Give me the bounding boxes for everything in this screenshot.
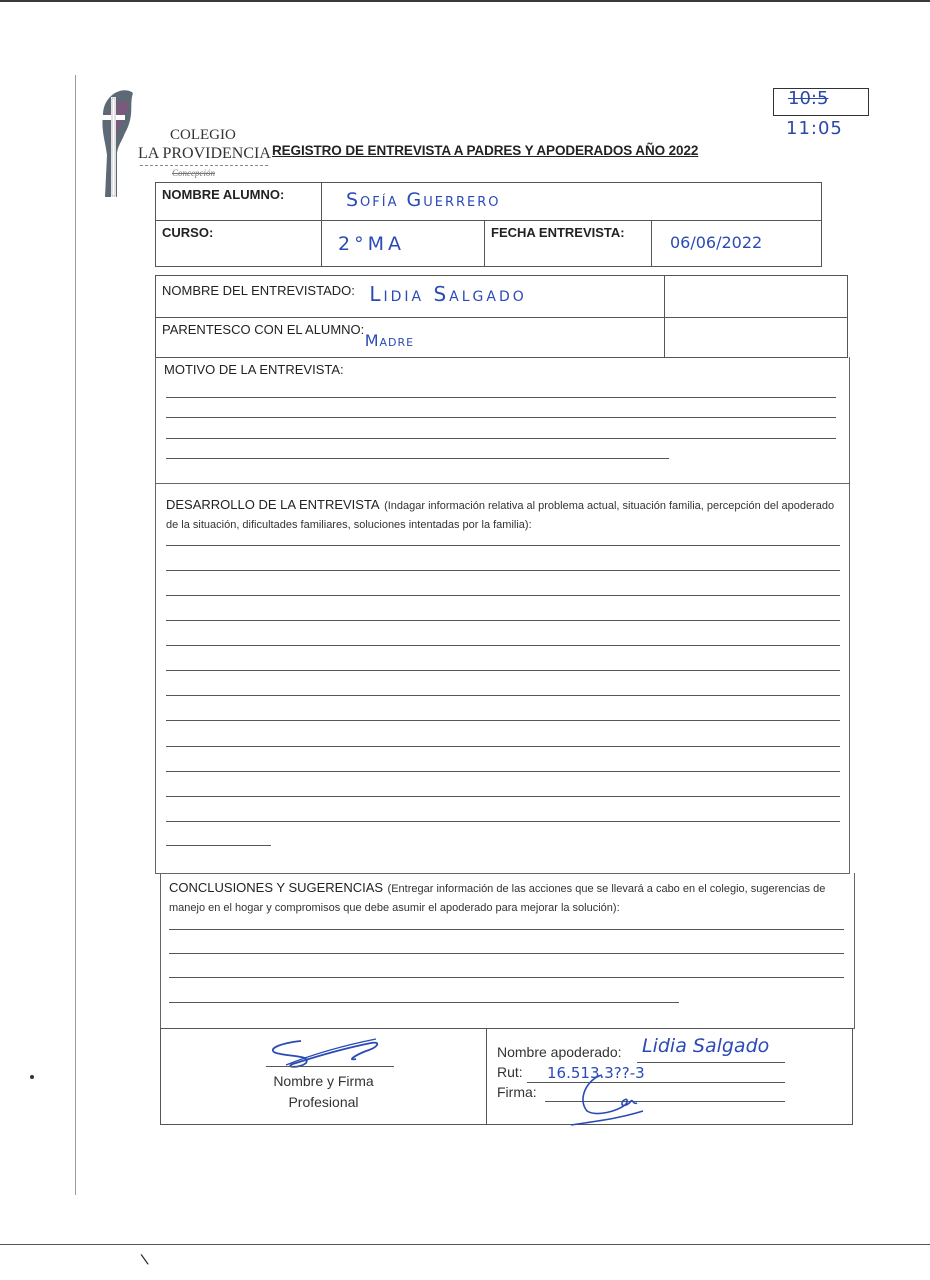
development-line-1 [166, 545, 840, 546]
time-actual: 11:05 [786, 118, 843, 139]
professional-signature-line [266, 1066, 394, 1067]
conclusions-line-2 [169, 953, 844, 954]
course-field[interactable]: 2°MA [322, 221, 485, 267]
relation-label: PARENTESCO CON EL ALUMNO: [156, 318, 370, 341]
relation-field[interactable]: PARENTESCO CON EL ALUMNO: Madre [156, 318, 665, 358]
date-label-cell: FECHA ENTREVISTA: [485, 221, 652, 267]
development-line-11 [166, 796, 840, 797]
relation-value: Madre [365, 331, 414, 350]
motive-label: MOTIVO DE LA ENTREVISTA: [156, 357, 849, 382]
school-logo-icon [95, 85, 137, 197]
development-section[interactable]: DESARROLLO DE LA ENTREVISTA (Indagar inf… [155, 483, 850, 874]
development-line-4 [166, 620, 840, 621]
school-name-rule [140, 165, 268, 166]
student-name-field[interactable]: Sofía Guerrero [322, 183, 822, 221]
date-value: 06/06/2022 [652, 221, 821, 252]
motive-section[interactable]: MOTIVO DE LA ENTREVISTA: [155, 357, 850, 484]
development-line-2 [166, 570, 840, 571]
professional-label-2: Profesional [161, 1094, 486, 1110]
course-label-cell: CURSO: [156, 221, 322, 267]
student-name-label: NOMBRE ALUMNO: [156, 183, 321, 206]
course-value: 2°MA [322, 221, 484, 255]
page-binding-line [75, 75, 76, 1195]
conclusions-line-4 [169, 1002, 679, 1003]
professional-label-1: Nombre y Firma [161, 1073, 486, 1089]
development-line-8 [166, 720, 840, 721]
signature-label: Firma: [497, 1084, 537, 1100]
scan-pen-mark: \ [140, 1252, 150, 1270]
guardian-signature-icon [557, 1071, 657, 1127]
interviewee-name-field[interactable]: NOMBRE DEL ENTREVISTADO: Lidia Salgado [156, 276, 665, 318]
scan-speck [30, 1075, 34, 1079]
motive-line-1 [166, 397, 836, 398]
guardian-name-line [637, 1062, 785, 1063]
development-line-9 [166, 746, 840, 747]
scan-bottom-edge [0, 1244, 930, 1245]
student-info-table: NOMBRE ALUMNO: Sofía Guerrero CURSO: 2°M… [155, 182, 822, 267]
course-label: CURSO: [156, 221, 321, 244]
interviewee-name-label: NOMBRE DEL ENTREVISTADO: [156, 279, 361, 302]
conclusions-title: CONCLUSIONES Y SUGERENCIAS [169, 880, 383, 895]
professional-signature-icon [261, 1033, 391, 1073]
motive-line-4 [166, 458, 669, 459]
date-field[interactable]: 06/06/2022 [652, 221, 822, 267]
development-line-13 [166, 845, 271, 846]
scan-top-edge [0, 0, 930, 2]
conclusions-line-3 [169, 977, 844, 978]
school-city: Concepción [172, 168, 215, 178]
time-crossed-out: 10:5 [788, 88, 828, 109]
rut-label: Rut: [497, 1064, 523, 1080]
conclusions-line-1 [169, 929, 844, 930]
development-line-10 [166, 771, 840, 772]
development-line-3 [166, 595, 840, 596]
school-name-line1: COLEGIO [170, 127, 236, 144]
student-name-label-cell: NOMBRE ALUMNO: [156, 183, 322, 221]
guardian-name-value: Lidia Salgado [642, 1035, 769, 1057]
development-line-5 [166, 645, 840, 646]
interviewee-name-value: Lidia Salgado [369, 282, 526, 306]
student-name-value: Sofía Guerrero [322, 183, 821, 211]
development-line-12 [166, 821, 840, 822]
development-title: DESARROLLO DE LA ENTREVISTA [166, 497, 380, 512]
guardian-signature-cell[interactable]: Nombre apoderado: Lidia Salgado Rut: 16.… [487, 1029, 853, 1125]
conclusions-section[interactable]: CONCLUSIONES Y SUGERENCIAS (Entregar inf… [160, 873, 855, 1029]
date-label: FECHA ENTREVISTA: [485, 221, 651, 244]
development-line-6 [166, 670, 840, 671]
motive-line-2 [166, 417, 836, 418]
relation-extra-cell [665, 318, 848, 358]
interviewee-extra-cell [665, 276, 848, 318]
page-title: REGISTRO DE ENTREVISTA A PADRES Y APODER… [272, 143, 698, 158]
guardian-name-label: Nombre apoderado: [497, 1044, 622, 1060]
interviewee-table: NOMBRE DEL ENTREVISTADO: Lidia Salgado P… [155, 275, 848, 358]
motive-line-3 [166, 438, 836, 439]
conclusions-header: CONCLUSIONES Y SUGERENCIAS (Entregar inf… [161, 873, 854, 917]
development-header: DESARROLLO DE LA ENTREVISTA (Indagar inf… [156, 483, 849, 534]
professional-signature-cell[interactable]: Nombre y Firma Profesional [161, 1029, 487, 1125]
development-line-7 [166, 695, 840, 696]
school-name-line2: LA PROVIDENCIA [138, 145, 271, 163]
signatures-table: Nombre y Firma Profesional Nombre apoder… [160, 1028, 853, 1125]
